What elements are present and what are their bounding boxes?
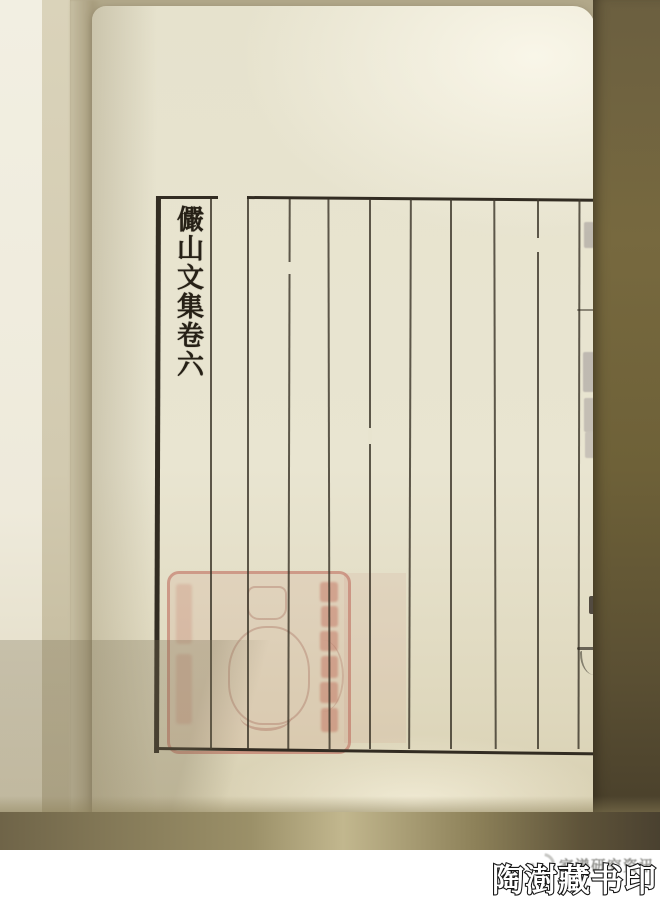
rule-print-gap	[536, 238, 540, 252]
seal-text-mark-faint	[176, 584, 192, 644]
table-shadow-band	[0, 812, 660, 850]
screenshot-root: 儼山文集卷六 家谱研究资讯 陶澍藏书印	[0, 0, 660, 900]
rule-print-gap	[287, 262, 291, 274]
column-rule	[537, 199, 539, 749]
caption-strip: 家谱研究资讯 陶澍藏书印	[0, 850, 660, 900]
frame-border-top-left-segment	[156, 196, 218, 199]
rule-print-gap	[368, 428, 372, 444]
book-photo: 儼山文集卷六	[0, 0, 660, 850]
book-cover-band	[593, 0, 660, 850]
seal-figure-head	[247, 586, 287, 620]
column-rule	[369, 199, 371, 749]
volume-title-text: 儼山文集卷六	[167, 205, 207, 495]
watermark-title-text: 陶澍藏书印	[492, 863, 657, 897]
seal-ink-wash	[344, 573, 406, 743]
column-rule	[450, 199, 452, 749]
